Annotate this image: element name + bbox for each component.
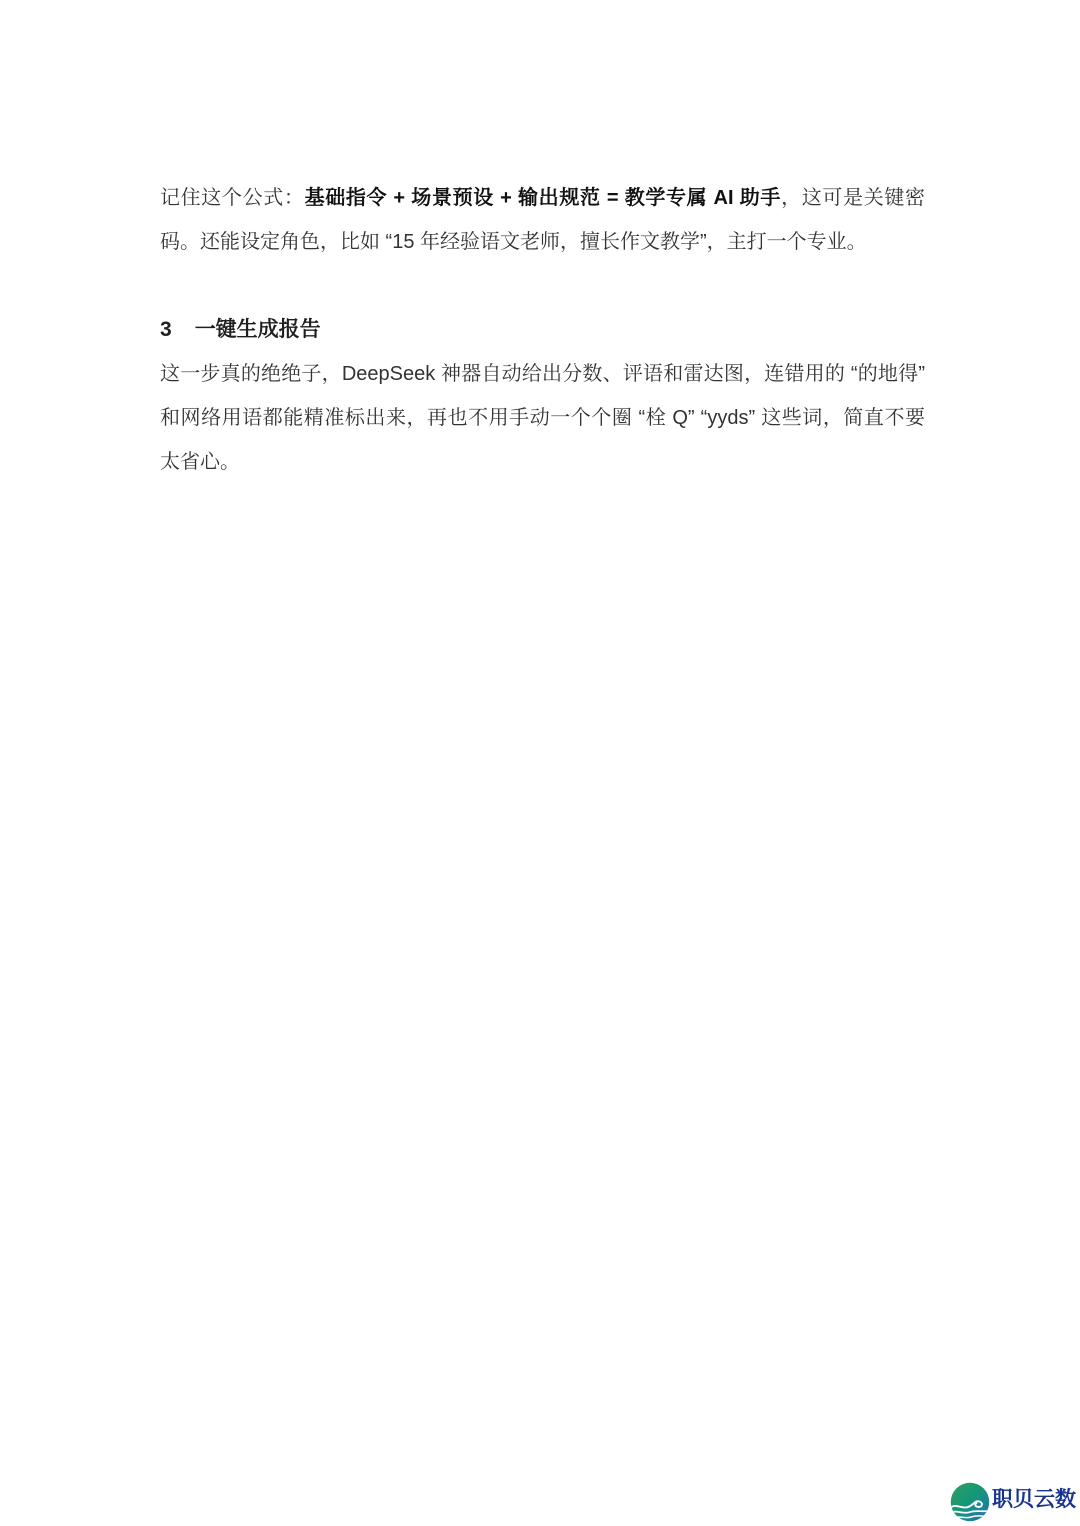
formula-intro-text: 记住这个公式： [160,187,305,209]
formula-bold-text: 基础指令 + 场景预设 + 输出规范 = 教学专属 AI 助手 [305,187,782,209]
document-content: 记住这个公式：基础指令 + 场景预设 + 输出规范 = 教学专属 AI 助手，这… [160,0,925,484]
wave-globe-icon [949,1481,991,1523]
paragraph-formula: 记住这个公式：基础指令 + 场景预设 + 输出规范 = 教学专属 AI 助手，这… [160,176,925,264]
paragraph-report: 这一步真的绝绝子，DeepSeek 神器自动给出分数、评语和雷达图，连错用的 “… [160,352,925,484]
section-title: 一键生成报告 [195,318,321,341]
document-page: 记住这个公式：基础指令 + 场景预设 + 输出规范 = 教学专属 AI 助手，这… [0,0,1080,1526]
brand-logo: 职贝云数 [949,1481,1076,1523]
brand-name: 职贝云数 [992,1483,1076,1513]
section-heading: 3一键生成报告 [160,308,925,352]
section-number: 3 [160,318,172,341]
